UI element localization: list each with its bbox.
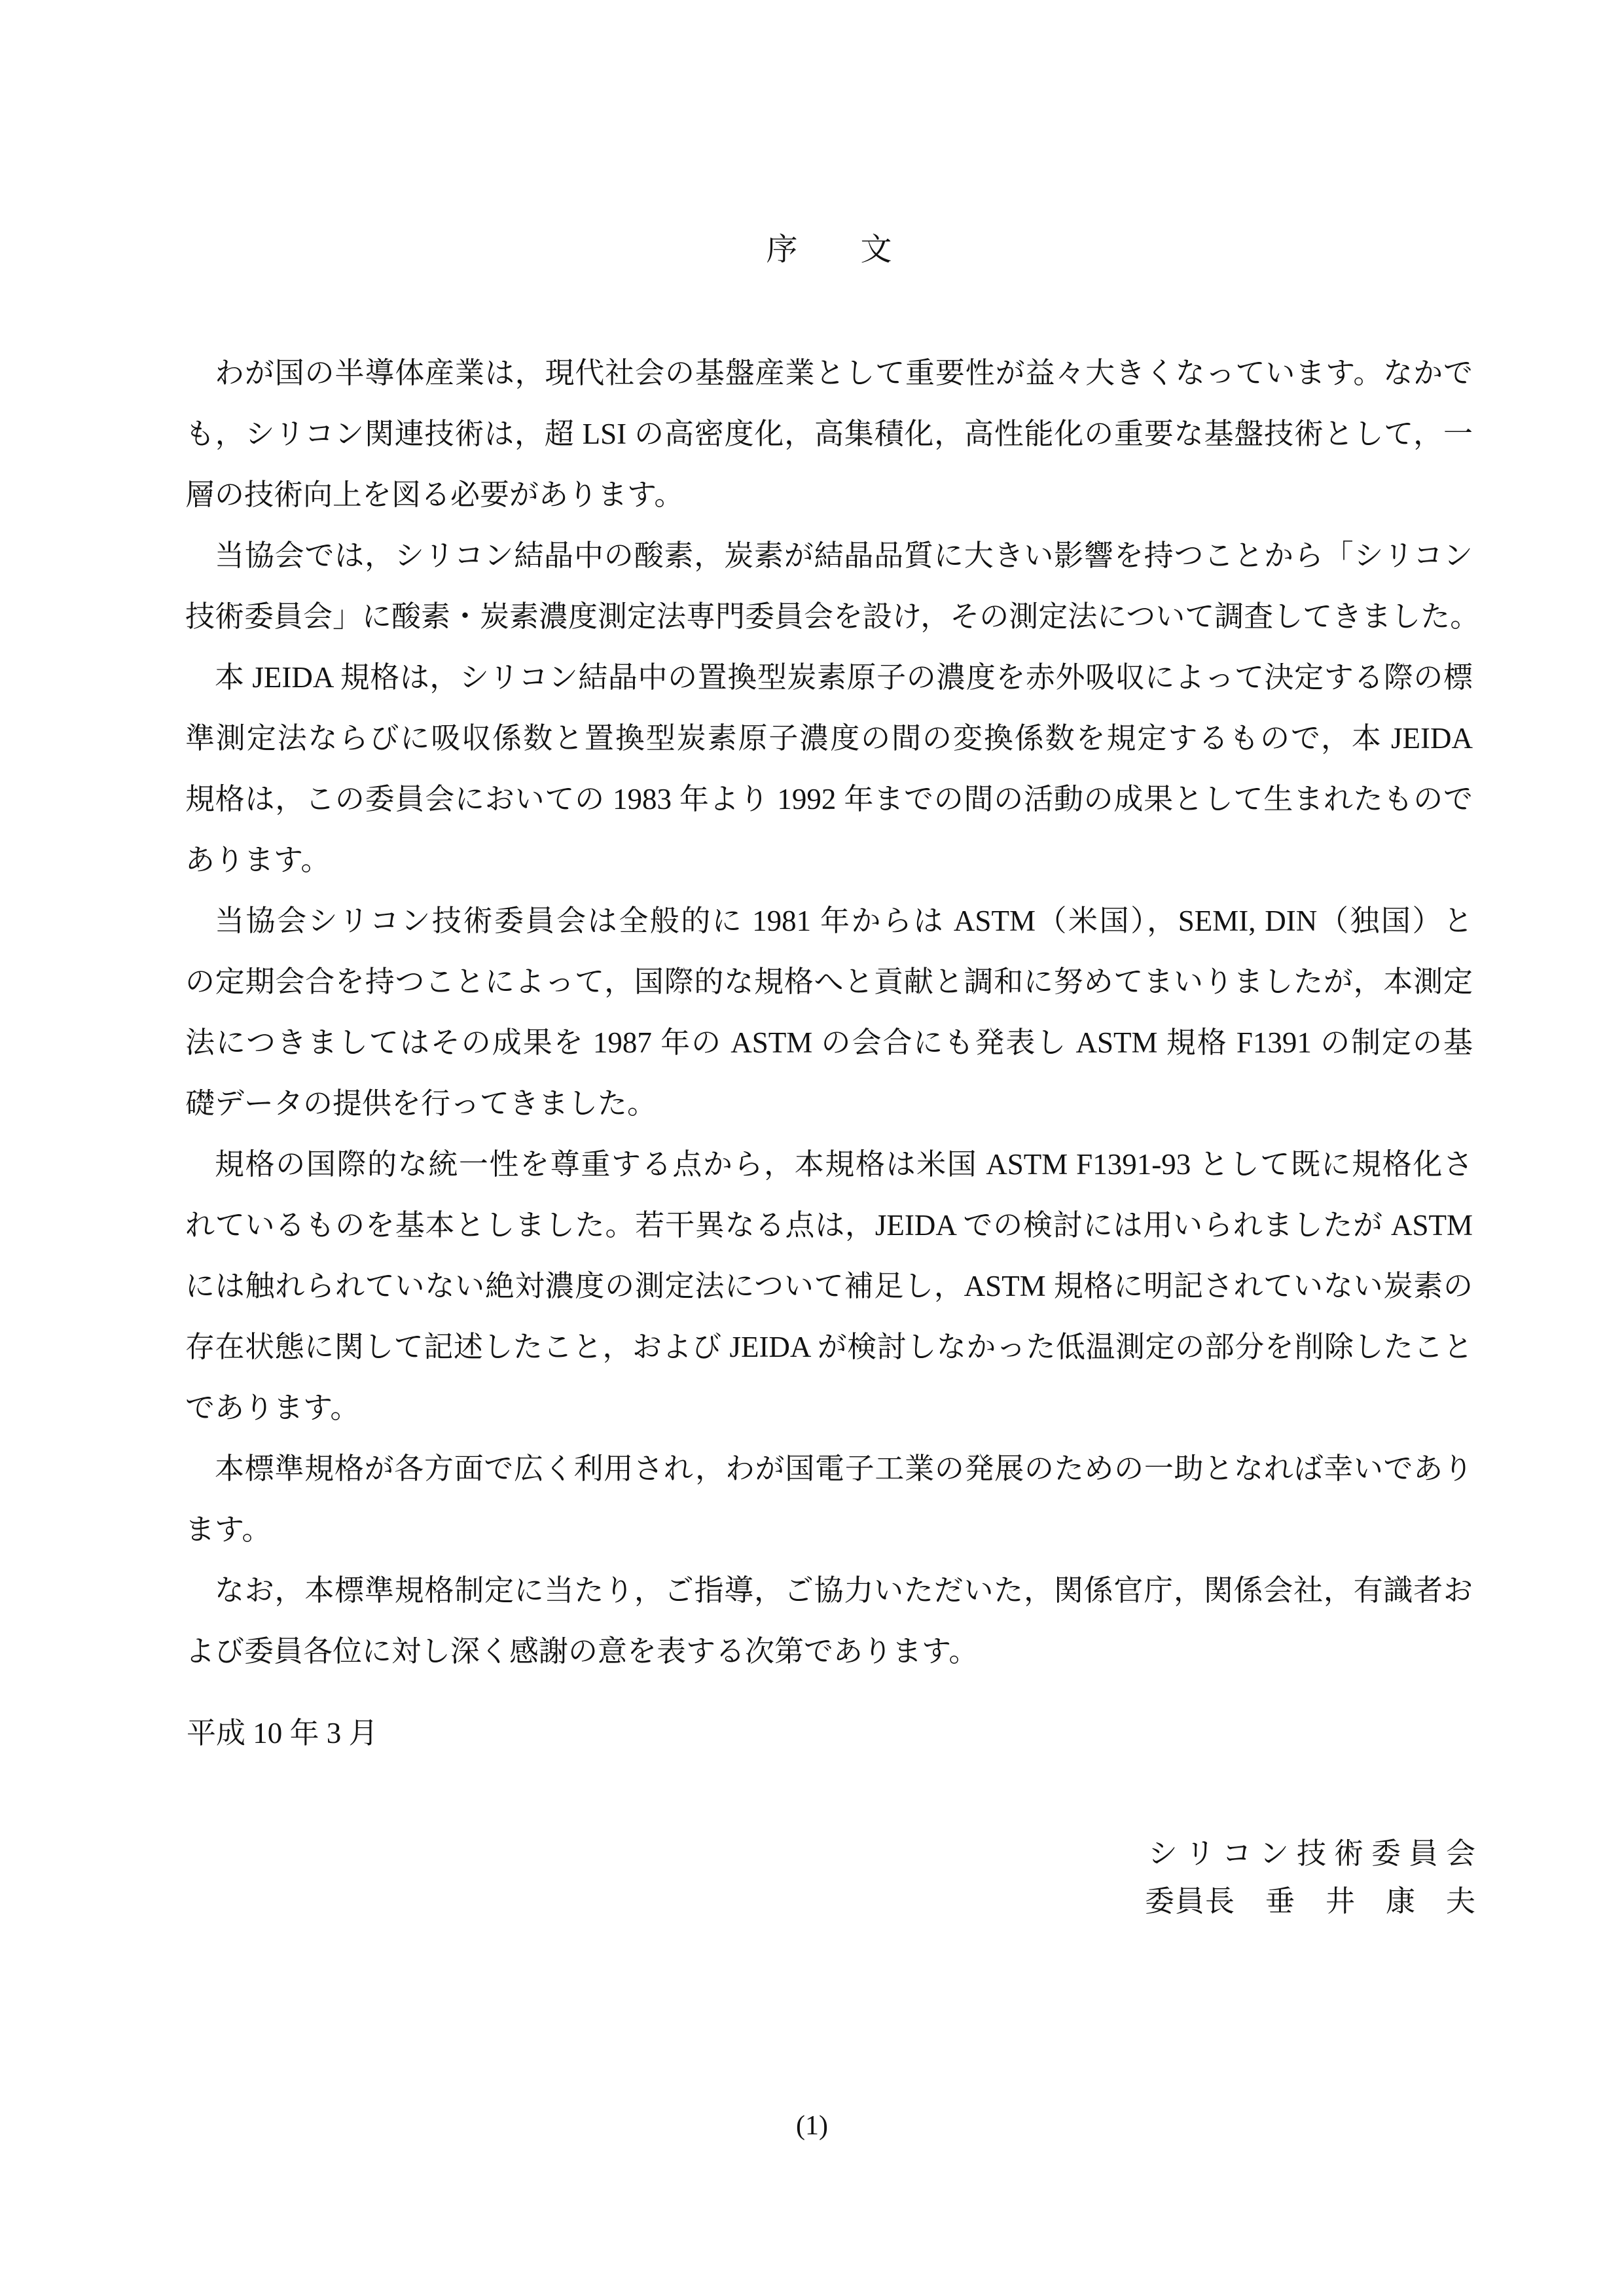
body-line: 層の技術向上を図る必要があります。 xyxy=(185,465,1473,526)
signature-organization: シリコン技術委員会 xyxy=(1145,1830,1483,1878)
body-line: の定期会合を持つことによって，国際的な規格へと貢献と調和に努めてまいりましたが，… xyxy=(185,952,1473,1013)
page-number: (1) xyxy=(0,2109,1624,2143)
body-line: れているものを基本としました。若干異なる点は，JEIDA での検討には用いられま… xyxy=(185,1195,1473,1256)
body-line: 規格の国際的な統一性を尊重する点から，本規格は米国 ASTM F1391-93 … xyxy=(185,1134,1473,1195)
body-line: わが国の半導体産業は，現代社会の基盤産業として重要性が益々大きくなっています。な… xyxy=(185,343,1473,404)
body-line: ます。 xyxy=(185,1499,1473,1560)
body-line: 当協会シリコン技術委員会は全般的に 1981 年からは ASTM（米国），SEM… xyxy=(185,891,1473,952)
body-line: なお，本標準規格制定に当たり，ご指導，ご協力いただいた，関係官庁，関係会社，有識… xyxy=(185,1560,1473,1621)
body-line: であります。 xyxy=(185,1378,1473,1439)
body-line: 技術委員会」に酸素・炭素濃度測定法専門委員会を設け，その測定法について調査してき… xyxy=(185,586,1473,647)
body-line: 法につきましてはその成果を 1987 年の ASTM の会合にも発表し ASTM… xyxy=(185,1013,1473,1073)
body-line: 礎データの提供を行ってきました。 xyxy=(185,1073,1473,1134)
body-line: 本 JEIDA 規格は，シリコン結晶中の置換型炭素原子の濃度を赤外吸収によって決… xyxy=(185,647,1473,708)
body-line: 当協会では，シリコン結晶中の酸素，炭素が結晶品質に大きい影響を持つことから「シリ… xyxy=(185,526,1473,586)
body-line: よび委員各位に対し深く感謝の意を表する次第であります。 xyxy=(185,1621,1473,1682)
signature-chairman: 委員長 垂 井 康 夫 xyxy=(1145,1878,1476,1926)
date-line: 平成 10 年 3 月 xyxy=(187,1713,378,1753)
page-title: 序 文 xyxy=(185,230,1473,270)
body-line: あります。 xyxy=(185,830,1473,891)
body-line: 規格は，この委員会においての 1983 年より 1992 年までの間の活動の成果… xyxy=(185,769,1473,830)
body-line: 存在状態に関して記述したこと，および JEIDA が検討しなかった低温測定の部分… xyxy=(185,1317,1473,1378)
document-body: わが国の半導体産業は，現代社会の基盤産業として重要性が益々大きくなっています。な… xyxy=(185,343,1473,1682)
body-line: には触れられていない絶対濃度の測定法について補足し，ASTM 規格に明記されてい… xyxy=(185,1256,1473,1317)
document-page: 序 文 わが国の半導体産業は，現代社会の基盤産業として重要性が益々大きくなってい… xyxy=(0,0,1624,2296)
body-line: 準測定法ならびに吸収係数と置換型炭素原子濃度の間の変換係数を規定するもので，本 … xyxy=(185,708,1473,769)
body-line: 本標準規格が各方面で広く利用され，わが国電子工業の発展のための一助となれば幸いで… xyxy=(185,1439,1473,1499)
signature-block: シリコン技術委員会 委員長 垂 井 康 夫 xyxy=(1145,1830,1475,1926)
body-line: も，シリコン関連技術は，超 LSI の高密度化，高集積化，高性能化の重要な基盤技… xyxy=(185,404,1473,465)
